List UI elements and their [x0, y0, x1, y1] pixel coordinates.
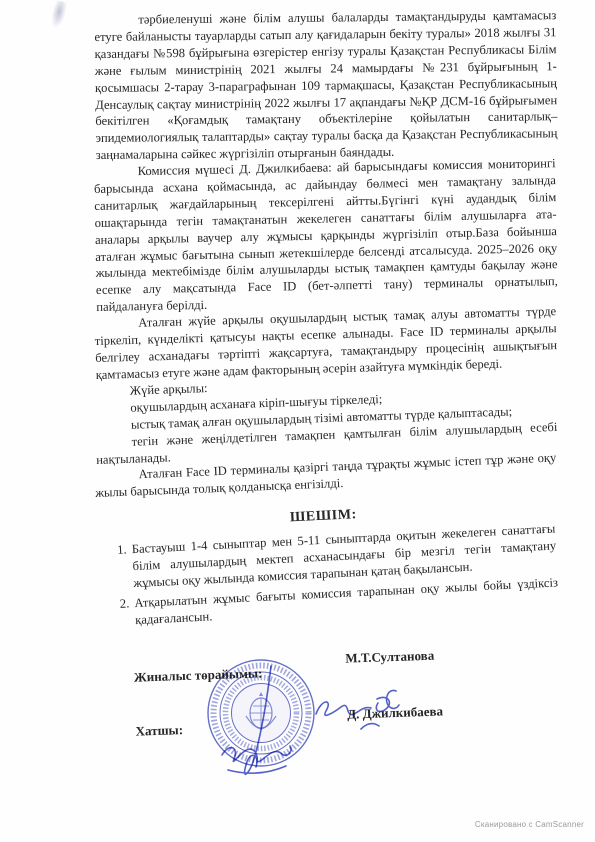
decision-section: ШЕШІМ: Бастауыш 1-4 сыныптар мен 5-11 сы… — [92, 498, 559, 631]
stamp-emblem-icon — [206, 658, 316, 768]
secretary-label: Хатшы: — [135, 722, 183, 740]
paragraph-legal-basis: тәрбиеленуші және білім алушы балаларды … — [94, 7, 558, 164]
scan-artifact — [49, 0, 68, 29]
scanned-document-page: тәрбиеленуші және білім алушы балаларды … — [0, 0, 595, 842]
camscanner-watermark: Сканировано с CamScanner — [475, 820, 584, 829]
document-body: тәрбиеленуші және білім алушы балаларды … — [95, 12, 557, 769]
chairperson-name: М.Т.Султанова — [345, 647, 434, 667]
paragraph-commission-report: Комиссия мүшесі Д. Джилкибаева: ай барыс… — [94, 155, 559, 316]
decision-list: Бастауыш 1-4 сыныптар мен 5-11 сыныптард… — [93, 521, 559, 631]
secretary-name: Д. Джилкибаева — [347, 703, 443, 723]
official-stamp — [206, 658, 316, 768]
signature-block: Жиналыс төрайымы: М.Т.Султанова Хатшы: Д… — [93, 641, 558, 768]
